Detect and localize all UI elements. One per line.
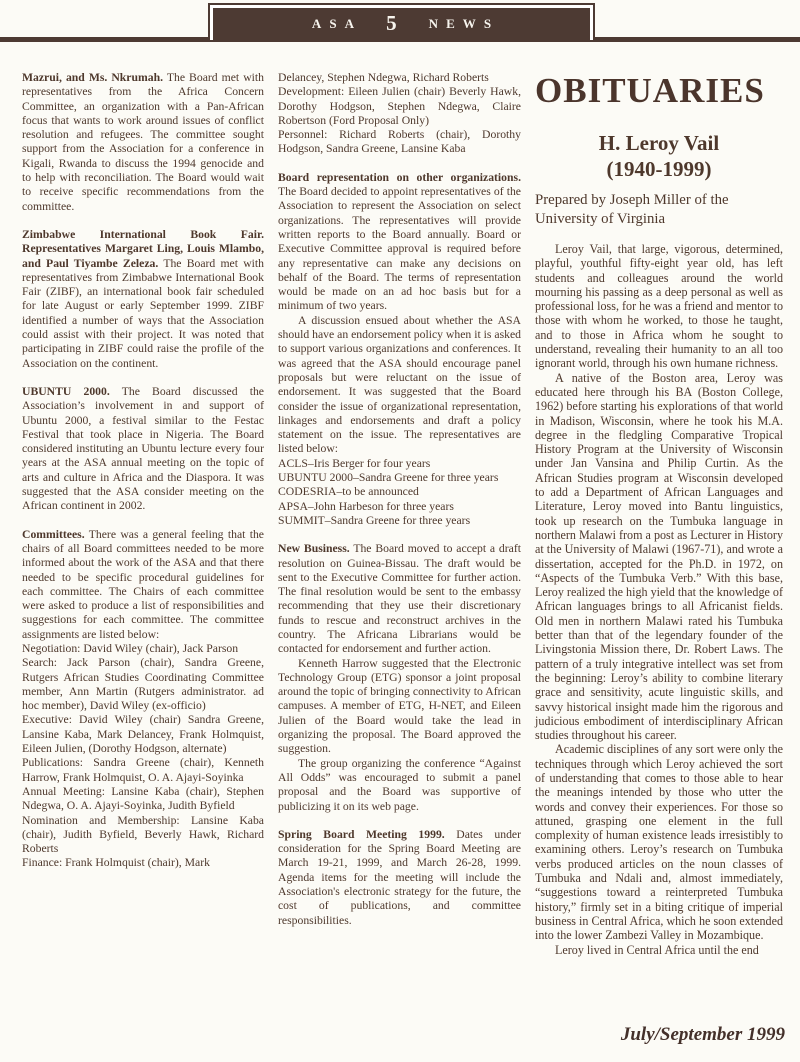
committee-assignment: Delancey, Stephen Ndegwa, Richard Robert… <box>278 71 521 85</box>
obituary-paragraph: A native of the Boston area, Leroy was e… <box>535 371 783 743</box>
committee-assignment: Personnel: Richard Roberts (chair), Doro… <box>278 128 521 157</box>
committee-assignment: Nomination and Membership: Lansine Kaba … <box>22 814 264 857</box>
committee-assignment: Development: Eileen Julien (chair) Bever… <box>278 85 521 128</box>
representatives-list: ACLS–Iris Berger for four years UBUNTU 2… <box>278 457 521 528</box>
column-right-obituaries: OBITUARIES H. Leroy Vail (1940-1999) Pre… <box>535 71 783 957</box>
paragraph-text: There was a general feeling that the cha… <box>22 528 264 641</box>
committee-assignment: Executive: David Wiley (chair) Sandra Gr… <box>22 713 264 756</box>
masthead-word-asa: ASA <box>304 16 362 32</box>
obituary-name: H. Leroy Vail <box>535 130 783 156</box>
representative-entry: ACLS–Iris Berger for four years <box>278 457 521 471</box>
column-center: Delancey, Stephen Ndegwa, Richard Robert… <box>278 71 521 957</box>
obituaries-section-title: OBITUARIES <box>535 73 783 108</box>
masthead-banner: ASA 5 NEWS <box>208 3 595 42</box>
committee-assignments-continued: Delancey, Stephen Ndegwa, Richard Robert… <box>278 71 521 157</box>
representative-entry: CODESRIA–to be announced <box>278 485 521 499</box>
obituary-paragraph: Academic disciplines of any sort were on… <box>535 742 783 942</box>
news-paragraph: The group organizing the conference “Aga… <box>278 757 521 814</box>
news-paragraph: New Business. The Board moved to accept … <box>278 542 521 656</box>
paragraph-text: The Board discussed the Association’s in… <box>22 385 264 512</box>
committee-assignment: Search: Jack Parson (chair), Sandra Gree… <box>22 656 264 713</box>
paragraph-lead: Committees. <box>22 528 85 541</box>
masthead-title: ASA 5 NEWS <box>213 8 590 40</box>
obituary-paragraph: Leroy Vail, that large, vigorous, determ… <box>535 242 783 371</box>
page-columns: Mazrui, and Ms. Nkrumah. The Board met w… <box>22 71 783 957</box>
paragraph-lead: Mazrui, and Ms. Nkrumah. <box>22 71 163 84</box>
obituary-years: (1940-1999) <box>535 156 783 182</box>
paragraph-text: Dates under consideration for the Spring… <box>278 828 521 927</box>
obituary-paragraph: Leroy lived in Central Africa until the … <box>535 943 783 957</box>
masthead-issue-number: 5 <box>386 11 397 36</box>
column-left: Mazrui, and Ms. Nkrumah. The Board met w… <box>22 71 264 957</box>
paragraph-lead: UBUNTU 2000. <box>22 385 110 398</box>
masthead: ASA 5 NEWS <box>0 0 800 70</box>
representative-entry: APSA–John Harbeson for three years <box>278 500 521 514</box>
paragraph-lead: Spring Board Meeting 1999. <box>278 828 445 841</box>
footer-issue-date: July/September 1999 <box>621 1024 785 1046</box>
paragraph-text: The Board moved to accept a draft resolu… <box>278 542 521 655</box>
news-paragraph: Zimbabwe International Book Fair. Repres… <box>22 228 264 371</box>
committee-assignment: Negotiation: David Wiley (chair), Jack P… <box>22 642 264 656</box>
representative-entry: SUMMIT–Sandra Greene for three years <box>278 514 521 528</box>
committee-assignment: Annual Meeting: Lansine Kaba (chair), St… <box>22 785 264 814</box>
news-paragraph: Spring Board Meeting 1999. Dates under c… <box>278 828 521 928</box>
representative-entry: UBUNTU 2000–Sandra Greene for three year… <box>278 471 521 485</box>
committee-assignment: Publications: Sandra Greene (chair), Ken… <box>22 756 264 785</box>
paragraph-text: The Board met with representatives from … <box>22 71 264 213</box>
paragraph-lead: Board representation on other organizati… <box>278 171 521 184</box>
news-paragraph: UBUNTU 2000. The Board discussed the Ass… <box>22 385 264 514</box>
obituary-byline: Prepared by Joseph Miller of the Univers… <box>535 191 783 228</box>
news-paragraph: Kenneth Harrow suggested that the Electr… <box>278 657 521 757</box>
paragraph-lead: New Business. <box>278 542 350 555</box>
committee-assignment: Finance: Frank Holmquist (chair), Mark <box>22 856 264 870</box>
newsletter-page: ASA 5 NEWS Mazrui, and Ms. Nkrumah. The … <box>0 0 800 1062</box>
committee-assignments-list: Negotiation: David Wiley (chair), Jack P… <box>22 642 264 871</box>
news-paragraph: A discussion ensued about whether the AS… <box>278 314 521 457</box>
obituary-body: Leroy Vail, that large, vigorous, determ… <box>535 242 783 957</box>
news-paragraph: Mazrui, and Ms. Nkrumah. The Board met w… <box>22 71 264 214</box>
news-paragraph: Committees. There was a general feeling … <box>22 528 264 642</box>
paragraph-text: The Board met with representatives from … <box>22 257 264 370</box>
news-paragraph: Board representation on other organizati… <box>278 171 521 314</box>
masthead-word-news: NEWS <box>421 16 500 32</box>
paragraph-text: The Board decided to appoint representat… <box>278 185 521 312</box>
